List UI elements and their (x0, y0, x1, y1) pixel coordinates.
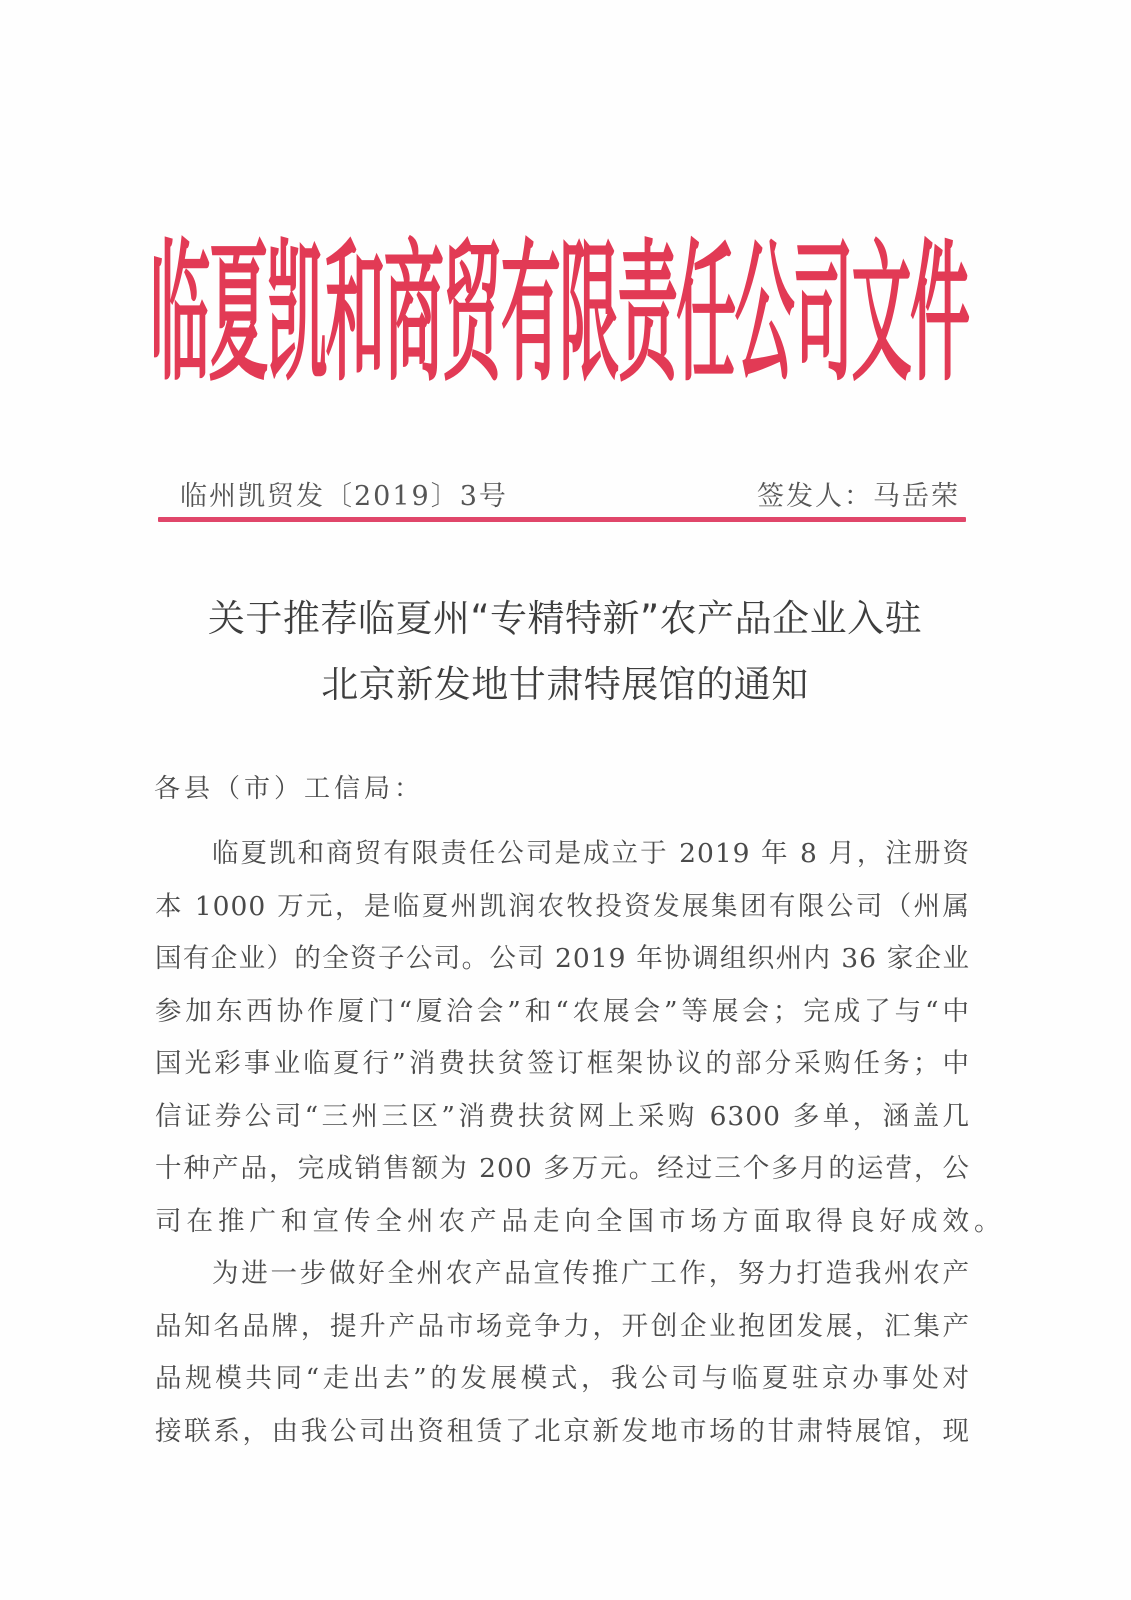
document-number: 临州凯贸发〔2019〕3号 (180, 474, 508, 513)
paragraph-1: 临夏凯和商贸有限责任公司是成立于 2019 年 8 月，注册资 本 1000 万… (155, 828, 970, 1248)
body-line: 品规模共同“走出去”的发展模式，我公司与临夏驻京办事处对 (155, 1353, 970, 1406)
paragraph-2: 为进一步做好全州农产品宣传推广工作，努力打造我州农产 品知名品牌，提升产品市场竞… (155, 1248, 970, 1458)
body-line: 为进一步做好全州农产品宣传推广工作，努力打造我州农产 (155, 1248, 970, 1301)
body-line: 本 1000 万元，是临夏州凯润农牧投资发展集团有限公司（州属 (155, 881, 970, 934)
body-line: 信证券公司“三州三区”消费扶贫网上采购 6300 多单，涵盖几 (155, 1091, 970, 1144)
body-line: 国光彩事业临夏行”消费扶贫签订框架协议的部分采购任务；中 (155, 1038, 970, 1091)
body-line: 接联系，由我公司出资租赁了北京新发地市场的甘肃特展馆，现 (155, 1406, 970, 1459)
body-line: 临夏凯和商贸有限责任公司是成立于 2019 年 8 月，注册资 (155, 828, 970, 881)
document-title: 关于推荐临夏州“专精特新”农产品企业入驻 北京新发地甘肃特展馆的通知 (150, 586, 980, 718)
document-page: 临夏凯和商贸有限责任公司文件 临州凯贸发〔2019〕3号 签发人：马岳荣 关于推… (0, 0, 1131, 1600)
document-number-row: 临州凯贸发〔2019〕3号 签发人：马岳荣 (180, 474, 960, 514)
masthead: 临夏凯和商贸有限责任公司文件 (150, 238, 970, 398)
title-line-1: 关于推荐临夏州“专精特新”农产品企业入驻 (150, 586, 980, 652)
issuer: 签发人：马岳荣 (757, 474, 960, 513)
title-line-2: 北京新发地甘肃特展馆的通知 (150, 652, 980, 718)
red-divider-rule (158, 517, 966, 522)
body-line: 参加东西协作厦门“厦洽会”和“农展会”等展会；完成了与“中 (155, 986, 970, 1039)
salutation: 各县（市）工信局： (154, 768, 424, 805)
body-line: 十种产品，完成销售额为 200 多万元。经过三个多月的运营，公 (155, 1143, 970, 1196)
masthead-title: 临夏凯和商贸有限责任公司文件 (150, 238, 968, 390)
body-line: 司在推广和宣传全州农产品走向全国市场方面取得良好成效。 (155, 1196, 970, 1249)
body-line: 国有企业）的全资子公司。公司 2019 年协调组织州内 36 家企业 (155, 933, 970, 986)
document-body: 临夏凯和商贸有限责任公司是成立于 2019 年 8 月，注册资 本 1000 万… (155, 828, 970, 1458)
body-line: 品知名品牌，提升产品市场竞争力，开创企业抱团发展，汇集产 (155, 1301, 970, 1354)
